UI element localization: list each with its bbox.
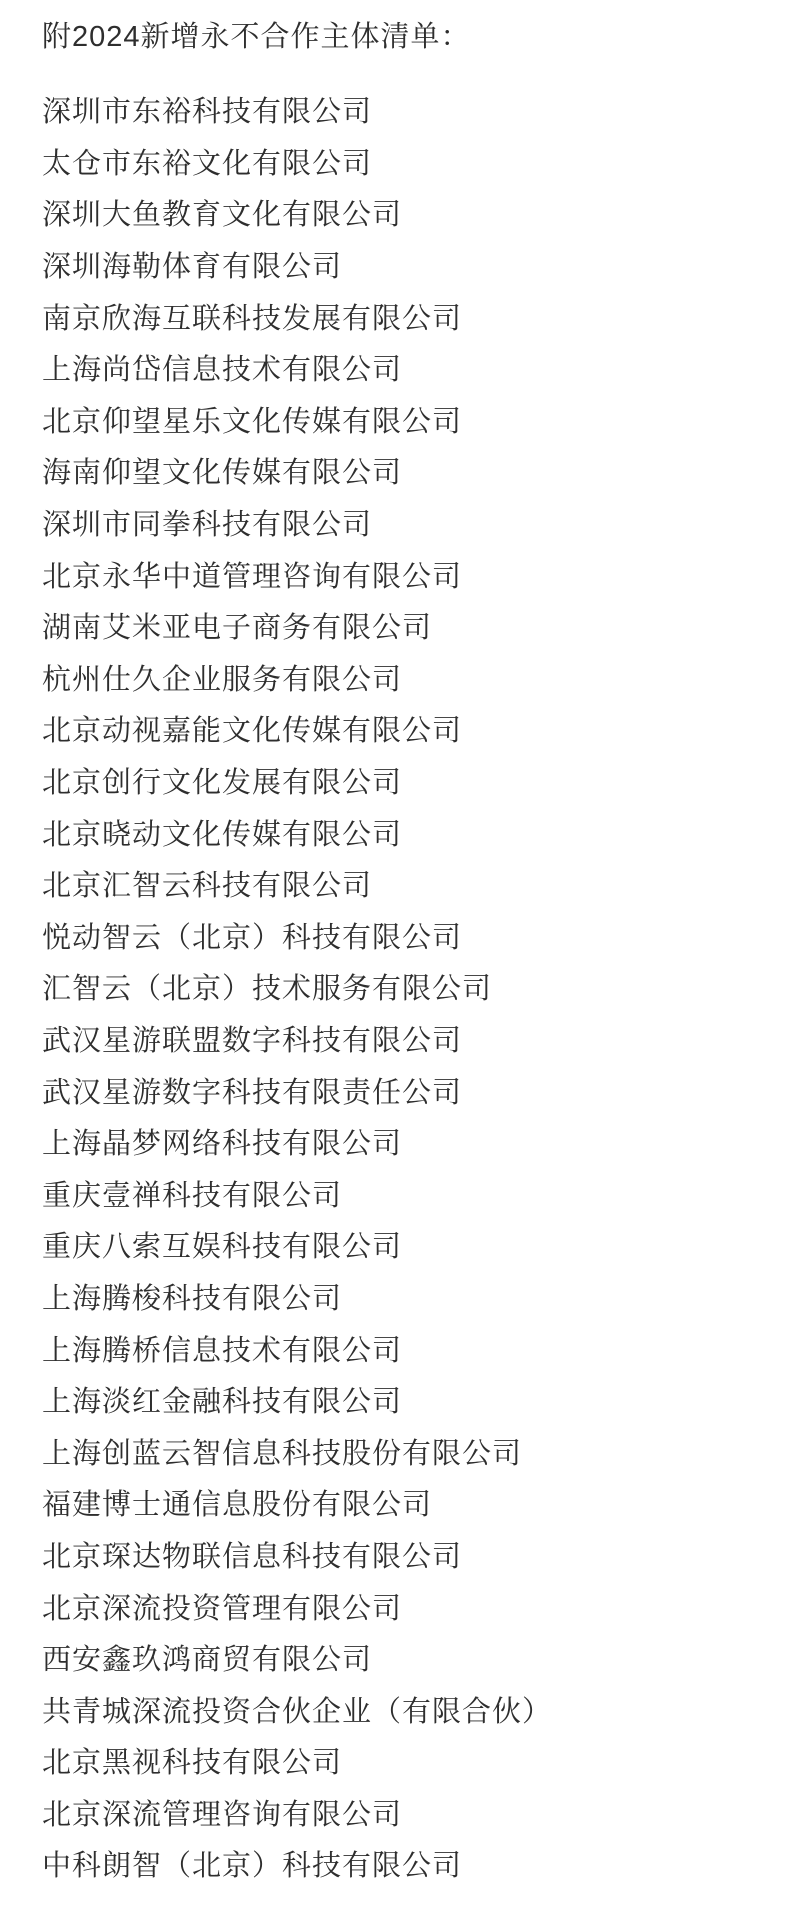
list-item: 北京创行文化发展有限公司 [42,755,770,807]
list-item: 深圳市东裕科技有限公司 [42,84,770,136]
list-item: 北京汇智云科技有限公司 [42,858,770,910]
list-item: 南京欣海互联科技发展有限公司 [42,290,770,342]
document-page: 附2024新增永不合作主体清单： 深圳市东裕科技有限公司太仓市东裕文化有限公司深… [0,0,800,1907]
list-item: 北京动视嘉能文化传媒有限公司 [42,703,770,755]
list-item: 北京琛达物联信息科技有限公司 [42,1529,770,1581]
list-item: 上海腾桥信息技术有限公司 [42,1322,770,1374]
list-item: 重庆八索互娱科技有限公司 [42,1219,770,1271]
list-item: 北京深流管理咨询有限公司 [42,1787,770,1839]
list-item: 悦动智云（北京）科技有限公司 [42,910,770,962]
company-list: 深圳市东裕科技有限公司太仓市东裕文化有限公司深圳大鱼教育文化有限公司深圳海勒体育… [42,84,770,1890]
list-item: 杭州仕久企业服务有限公司 [42,652,770,704]
page-title: 附2024新增永不合作主体清单： [42,16,770,58]
list-item: 西安鑫玖鸿商贸有限公司 [42,1632,770,1684]
list-item: 重庆壹禅科技有限公司 [42,1167,770,1219]
list-item: 上海腾梭科技有限公司 [42,1271,770,1323]
list-item: 汇智云（北京）技术服务有限公司 [42,961,770,1013]
list-item: 深圳市同拳科技有限公司 [42,497,770,549]
list-item: 海南仰望文化传媒有限公司 [42,445,770,497]
list-item: 上海淡红金融科技有限公司 [42,1374,770,1426]
list-item: 上海晶梦网络科技有限公司 [42,1116,770,1168]
list-item: 北京仰望星乐文化传媒有限公司 [42,394,770,446]
list-item: 深圳海勒体育有限公司 [42,239,770,291]
list-item: 中科朗智（北京）科技有限公司 [42,1838,770,1890]
list-item: 太仓市东裕文化有限公司 [42,136,770,188]
list-item: 上海创蓝云智信息科技股份有限公司 [42,1425,770,1477]
list-item: 北京黑视科技有限公司 [42,1735,770,1787]
list-item: 武汉星游联盟数字科技有限公司 [42,1013,770,1065]
list-item: 湖南艾米亚电子商务有限公司 [42,600,770,652]
list-item: 共青城深流投资合伙企业（有限合伙） [42,1683,770,1735]
list-item: 北京深流投资管理有限公司 [42,1580,770,1632]
list-item: 深圳大鱼教育文化有限公司 [42,187,770,239]
list-item: 武汉星游数字科技有限责任公司 [42,1064,770,1116]
list-item: 上海尚岱信息技术有限公司 [42,342,770,394]
list-item: 北京永华中道管理咨询有限公司 [42,548,770,600]
list-item: 北京晓动文化传媒有限公司 [42,806,770,858]
list-item: 福建博士通信息股份有限公司 [42,1477,770,1529]
